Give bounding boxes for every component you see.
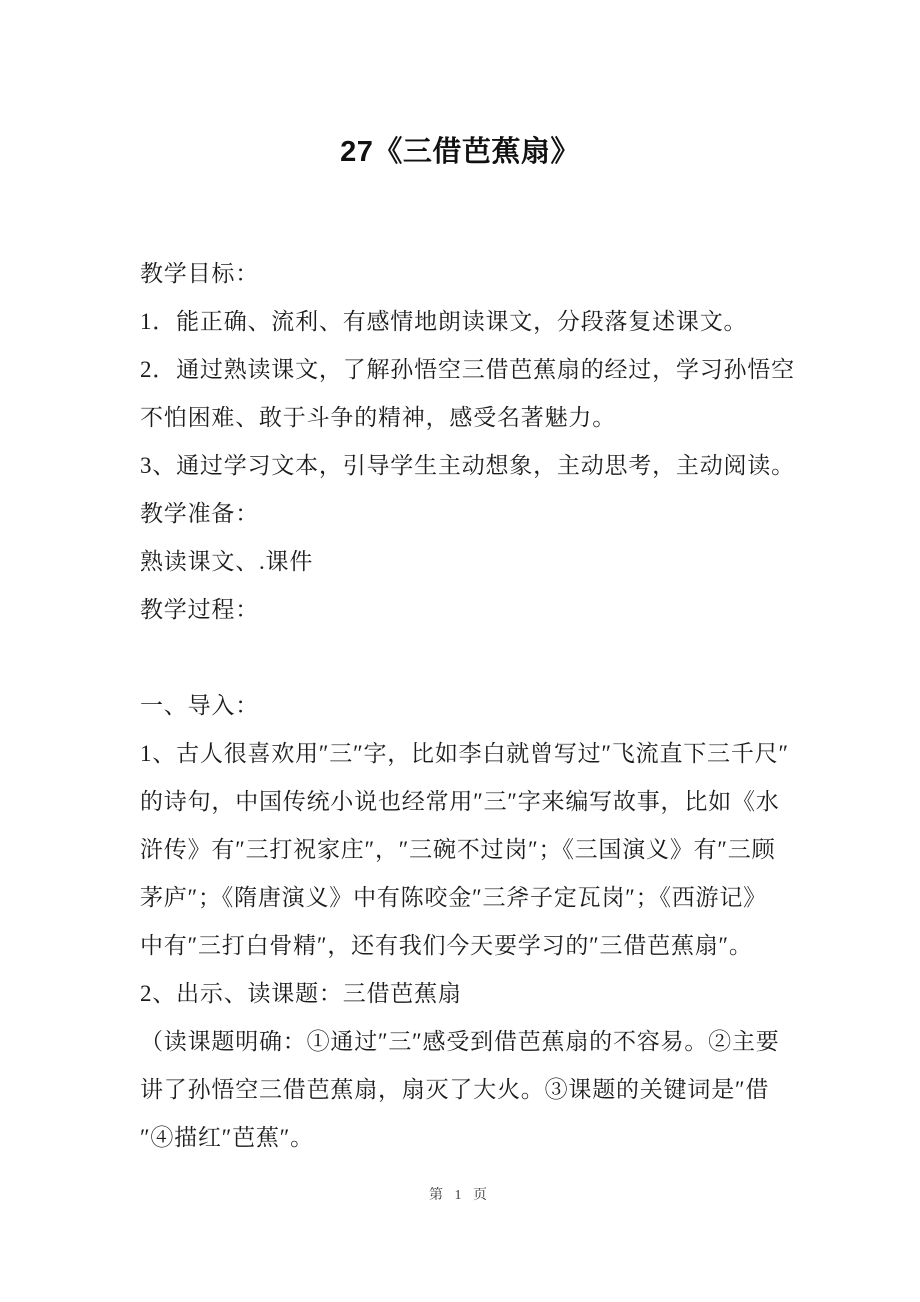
body-line: 教学目标： [140,250,800,298]
body-line: 讲了孙悟空三借芭蕉扇，扇灭了大火。③课题的关键词是″借 [140,1066,800,1114]
body-line: 教学准备： [140,490,800,538]
body-line: 3、通过学习文本，引导学生主动想象，主动思考，主动阅读。 [140,442,800,490]
body-line: 1．能正确、流利、有感情地朗读课文，分段落复述课文。 [140,298,800,346]
body-line: （读课题明确：①通过″三″感受到借芭蕉扇的不容易。②主要 [140,1018,800,1066]
body-line: ″④描红″芭蕉″。 [140,1114,800,1162]
body-line: 1、古人很喜欢用″三″字，比如李白就曾写过″飞流直下三千尺″ [140,730,800,778]
document-body: 教学目标： 1．能正确、流利、有感情地朗读课文，分段落复述课文。 2．通过熟读课… [140,250,800,1162]
page-number-footer: 第 1 页 [0,1184,920,1204]
body-line: 教学过程： [140,586,800,634]
body-line: 茅庐″；《隋唐演义》中有陈咬金″三斧子定瓦岗″；《西游记》 [140,874,800,922]
document-page: 27《三借芭蕉扇》 教学目标： 1．能正确、流利、有感情地朗读课文，分段落复述课… [0,0,920,1302]
body-line: 的诗句，中国传统小说也经常用″三″字来编写故事，比如《水 [140,778,800,826]
body-line: 2、出示、读课题：三借芭蕉扇 [140,970,800,1018]
body-line: 2．通过熟读课文，了解孙悟空三借芭蕉扇的经过，学习孙悟空 [140,346,800,394]
body-line: 中有″三打白骨精″，还有我们今天要学习的″三借芭蕉扇″。 [140,922,800,970]
body-line: 不怕困难、敢于斗争的精神，感受名著魅力。 [140,394,800,442]
body-line-blank [140,634,800,682]
body-line: 浒传》有″三打祝家庄″，″三碗不过岗″；《三国演义》有″三顾 [140,826,800,874]
body-line: 一、导入： [140,682,800,730]
body-line: 熟读课文、.课件 [140,538,800,586]
document-title: 27《三借芭蕉扇》 [0,136,920,168]
